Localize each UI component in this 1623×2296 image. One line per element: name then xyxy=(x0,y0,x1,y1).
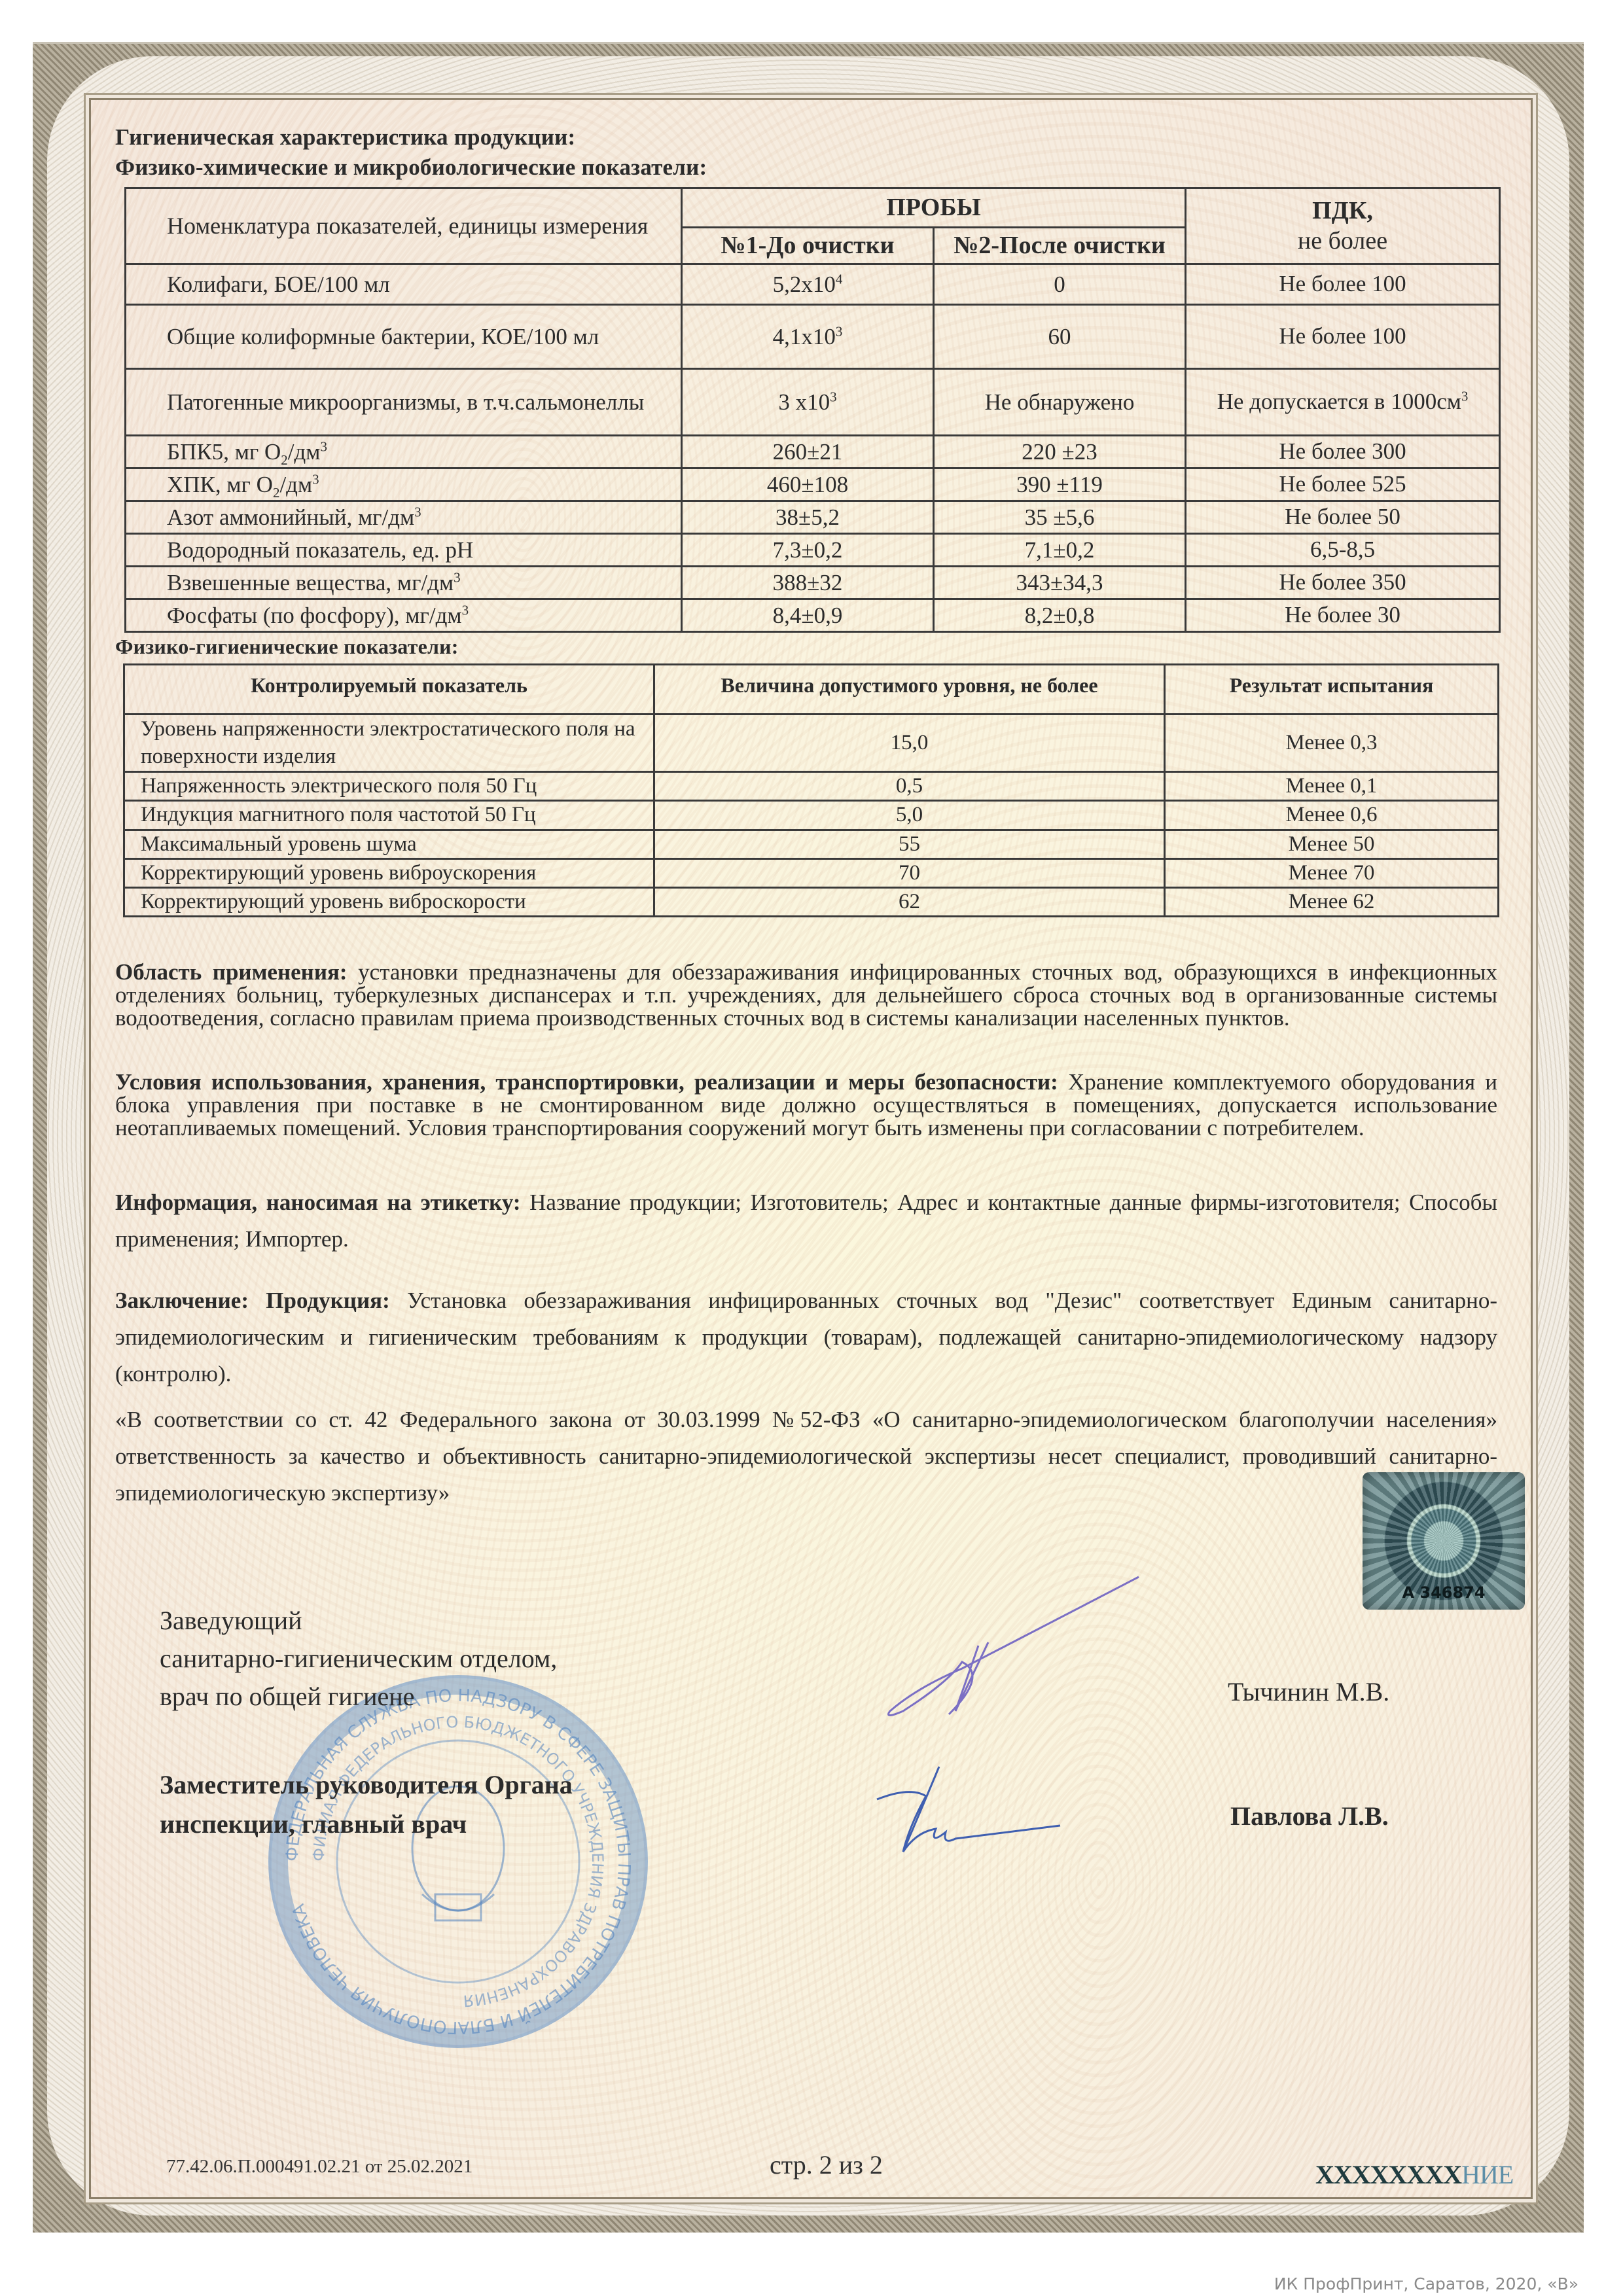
row-name-sup: 3 xyxy=(414,504,421,520)
probe2-value: 343±34,3 xyxy=(1016,570,1103,595)
signatory-1-name: Тычинин М.В. xyxy=(1228,1676,1389,1707)
document-content: Гигиеническая характеристика продукции: … xyxy=(0,0,1623,2296)
cell-probe2: 390 ±119 xyxy=(934,468,1186,501)
indicator-text: Максимальный уровень шума xyxy=(141,832,417,856)
probe1-value: 3 x10 xyxy=(778,389,830,415)
table-row: Корректирующий уровень виброскорости62Ме… xyxy=(124,888,1499,917)
table-row: Корректирующий уровень виброускорения70М… xyxy=(124,858,1499,887)
probe1-value: 38±5,2 xyxy=(776,504,840,530)
row-name: Колифаги, БОЕ/100 мл xyxy=(167,272,390,297)
document-number: 77.42.06.П.000491.02.21 от 25.02.2021 xyxy=(166,2156,473,2178)
row-name-sup: 3 xyxy=(320,438,327,454)
cell-allowed: 55 xyxy=(654,830,1165,858)
conclusion-paragraph: Заключение: Продукция: Установка обеззар… xyxy=(115,1282,1497,1392)
table-row: Взвешенные вещества, мг/дм3388±32343±34,… xyxy=(126,567,1500,599)
official-stamp: ФЕДЕРАЛЬНАЯ СЛУЖБА ПО НАДЗОРУ В СФЕРЕ ЗА… xyxy=(268,1675,648,2048)
probe2-value: 60 xyxy=(1048,324,1071,349)
table-row: Патогенные микроорганизмы, в т.ч.сальмон… xyxy=(126,369,1500,436)
cell-indicator: Корректирующий уровень виброускорения xyxy=(124,858,654,887)
limit-value: Не более 30 xyxy=(1285,602,1400,627)
label-info-paragraph: Информация, наносимая на этикетку: Назва… xyxy=(115,1184,1497,1258)
security-mark-light: НИЕ xyxy=(1461,2160,1513,2189)
hologram-sticker: A 346874 xyxy=(1363,1472,1525,1610)
header-probe1: №1-До очистки xyxy=(682,228,934,264)
result-value: Менее 0,3 xyxy=(1285,731,1377,754)
scope-label: Область применения: xyxy=(115,959,348,985)
cell-probe2: 220 ±23 xyxy=(934,436,1186,468)
cell-allowed: 15,0 xyxy=(654,715,1165,772)
signature-2 xyxy=(864,1760,1099,1858)
allowed-value: 55 xyxy=(899,832,920,856)
signatory-1-role-line: санитарно-гигиеническим отделом, xyxy=(160,1640,557,1678)
cell-indicator: Максимальный уровень шума xyxy=(124,830,654,858)
cell-result: Менее 0,1 xyxy=(1165,772,1499,801)
signatory-2-role-line: инспекции, главный врач xyxy=(160,1805,573,1844)
table-row: Водородный показатель, ед. pH7,3±0,27,1±… xyxy=(126,534,1500,567)
cell-result: Менее 0,3 xyxy=(1165,715,1499,772)
cell-probe2: 8,2±0,8 xyxy=(934,599,1186,632)
signatory-1-role-line: Заведующий xyxy=(160,1602,557,1640)
physico-chemical-table: Номенклатура показателей, единицы измере… xyxy=(124,187,1501,633)
signatory-1-role-line: врач по общей гигиене xyxy=(160,1678,557,1716)
table-row: Фосфаты (по фосфору), мг/дм38,4±0,98,2±0… xyxy=(126,599,1500,632)
indicator-text: Напряженность электрического поля 50 Гц xyxy=(141,774,537,798)
cell-result: Менее 50 xyxy=(1165,830,1499,858)
cell-limit: Не более 525 xyxy=(1186,468,1500,501)
cell-name: Азот аммонийный, мг/дм3 xyxy=(126,501,682,534)
cell-probe2: Не обнаружено xyxy=(934,369,1186,436)
table-row: Азот аммонийный, мг/дм338±5,235 ±5,6Не б… xyxy=(126,501,1500,534)
cell-result: Менее 62 xyxy=(1165,888,1499,917)
probe1-value: 8,4±0,9 xyxy=(773,603,843,628)
header-indicator: Контролируемый показатель xyxy=(124,665,654,715)
legal-note: «В соответствии со ст. 42 Федерального з… xyxy=(115,1402,1497,1511)
signatory-2-role: Заместитель руководителя Органа инспекци… xyxy=(160,1765,573,1844)
table-row: Максимальный уровень шума55Менее 50 xyxy=(124,830,1499,858)
cell-name: Взвешенные вещества, мг/дм3 xyxy=(126,567,682,599)
limit-value: Не более 100 xyxy=(1279,271,1406,296)
header-probe2: №2-После очистки xyxy=(934,228,1186,264)
row-name: Взвешенные вещества, мг/дм xyxy=(167,570,454,595)
indicator-text: Уровень напряженности электростатическог… xyxy=(141,717,635,768)
result-value: Менее 50 xyxy=(1289,832,1375,856)
limit-sup: 3 xyxy=(1461,389,1469,404)
cell-limit: 6,5-8,5 xyxy=(1186,534,1500,567)
probe2-value: 7,1±0,2 xyxy=(1025,537,1095,563)
table-row: Индукция магнитного поля частотой 50 Гц5… xyxy=(124,801,1499,830)
cell-name: Фосфаты (по фосфору), мг/дм3 xyxy=(126,599,682,632)
row-name: ХПК, мг O xyxy=(167,472,273,497)
table-row: ХПК, мг O2/дм3460±108390 ±119Не более 52… xyxy=(126,468,1500,501)
svg-text:ФИЛИАЛ ФЕДЕРАЛЬНОГО БЮДЖЕТНОГО: ФИЛИАЛ ФЕДЕРАЛЬНОГО БЮДЖЕТНОГО УЧРЕЖДЕНИ… xyxy=(310,1713,607,2010)
cell-name: Общие колиформные бактерии, КОЕ/100 мл xyxy=(126,305,682,369)
row-name-sup: 3 xyxy=(462,602,469,618)
header-name: Номенклатура показателей, единицы измере… xyxy=(126,188,682,264)
cell-probe2: 343±34,3 xyxy=(934,567,1186,599)
section-title: Гигиеническая характеристика продукции: xyxy=(115,124,575,150)
cell-probe1: 460±108 xyxy=(682,468,934,501)
probe2-value: Не обнаружено xyxy=(985,389,1135,415)
cell-result: Менее 70 xyxy=(1165,858,1499,887)
result-value: Менее 70 xyxy=(1289,861,1375,885)
header-allowed: Величина допустимого уровня, не более xyxy=(654,665,1165,715)
scope-paragraph: Область применения: установки предназнач… xyxy=(115,961,1497,1029)
probe1-value: 460±108 xyxy=(767,472,848,497)
signatory-1-role: Заведующий санитарно-гигиеническим отдел… xyxy=(160,1602,557,1716)
table2-caption: Физико-гигиенические показатели: xyxy=(115,635,459,659)
security-mark: XXXXXXXXНИЕ xyxy=(1315,2159,1513,2190)
row-name-sub: 2 xyxy=(273,485,280,501)
table-row: БПК5, мг O2/дм3260±21220 ±23Не более 300 xyxy=(126,436,1500,468)
cell-allowed: 62 xyxy=(654,888,1165,917)
conclusion-label: Заключение: Продукция: xyxy=(115,1288,390,1313)
header-probes: ПРОБЫ xyxy=(682,188,1186,228)
indicator-text: Индукция магнитного поля частотой 50 Гц xyxy=(141,803,536,826)
allowed-value: 0,5 xyxy=(896,774,923,798)
row-name: Фосфаты (по фосфору), мг/дм xyxy=(167,603,462,628)
cell-limit: Не более 30 xyxy=(1186,599,1500,632)
cell-name: БПК5, мг O2/дм3 xyxy=(126,436,682,468)
limit-value: Не более 300 xyxy=(1279,438,1406,464)
limit-value: Не более 525 xyxy=(1279,471,1406,497)
allowed-value: 62 xyxy=(899,890,920,913)
cell-limit: Не более 100 xyxy=(1186,264,1500,305)
table-row: Колифаги, БОЕ/100 мл5,2x1040Не более 100 xyxy=(126,264,1500,305)
cell-name: Колифаги, БОЕ/100 мл xyxy=(126,264,682,305)
cell-indicator: Корректирующий уровень виброскорости xyxy=(124,888,654,917)
probe1-value: 7,3±0,2 xyxy=(773,537,843,563)
row-name: Водородный показатель, ед. pH xyxy=(167,537,473,563)
cell-name: Водородный показатель, ед. pH xyxy=(126,534,682,567)
probe1-exp: 3 xyxy=(836,323,843,339)
row-name-sub: 2 xyxy=(281,452,288,468)
signatory-2-name: Павлова Л.В. xyxy=(1230,1801,1389,1831)
result-value: Менее 0,1 xyxy=(1285,774,1377,798)
limit-value: Не более 350 xyxy=(1279,569,1406,595)
table-row: Общие колиформные бактерии, КОЕ/100 мл4,… xyxy=(126,305,1500,369)
row-name-tail: /дм xyxy=(288,439,321,465)
cell-result: Менее 0,6 xyxy=(1165,801,1499,830)
table-row: Уровень напряженности электростатическог… xyxy=(124,715,1499,772)
limit-value: Не допускается в 1000см xyxy=(1217,389,1461,414)
conditions-label: Условия использования, хранения, транспо… xyxy=(115,1069,1058,1095)
cell-probe2: 7,1±0,2 xyxy=(934,534,1186,567)
cell-probe1: 5,2x104 xyxy=(682,264,934,305)
row-name: Азот аммонийный, мг/дм xyxy=(167,504,414,530)
cell-indicator: Уровень напряженности электростатическог… xyxy=(124,715,654,772)
cell-probe1: 4,1x103 xyxy=(682,305,934,369)
limit-value: Не более 50 xyxy=(1285,504,1400,529)
cell-allowed: 5,0 xyxy=(654,801,1165,830)
svg-text:ФЕДЕРАЛЬНАЯ СЛУЖБА ПО НАДЗОРУ: ФЕДЕРАЛЬНАЯ СЛУЖБА ПО НАДЗОРУ В СФЕРЕ ЗА… xyxy=(283,1686,633,2038)
cell-name: ХПК, мг O2/дм3 xyxy=(126,468,682,501)
stamp-outer-text: ФЕДЕРАЛЬНАЯ СЛУЖБА ПО НАДЗОРУ В СФЕРЕ ЗА… xyxy=(283,1686,633,2038)
header-result: Результат испытания xyxy=(1165,665,1499,715)
header-limit-sub: не более xyxy=(1298,227,1387,255)
security-mark-dark: XXXXXXXX xyxy=(1315,2160,1461,2189)
cell-probe1: 3 x103 xyxy=(682,369,934,436)
cell-limit: Не более 50 xyxy=(1186,501,1500,534)
page-indicator: стр. 2 из 2 xyxy=(770,2149,883,2180)
limit-value: Не более 100 xyxy=(1279,323,1406,349)
conditions-paragraph: Условия использования, хранения, транспо… xyxy=(115,1070,1497,1139)
probe2-value: 8,2±0,8 xyxy=(1025,603,1095,628)
result-value: Менее 0,6 xyxy=(1285,803,1377,826)
row-name: Патогенные микроорганизмы, в т.ч.сальмон… xyxy=(167,389,644,415)
cell-limit: Не более 350 xyxy=(1186,567,1500,599)
probe2-value: 220 ±23 xyxy=(1022,439,1097,465)
row-name: БПК5, мг O xyxy=(167,439,281,465)
hologram-serial: A 346874 xyxy=(1363,1583,1525,1602)
cell-probe1: 8,4±0,9 xyxy=(682,599,934,632)
cell-probe2: 0 xyxy=(934,264,1186,305)
table-row: Напряженность электрического поля 50 Гц0… xyxy=(124,772,1499,801)
cell-limit: Не допускается в 1000см3 xyxy=(1186,369,1500,436)
cell-allowed: 0,5 xyxy=(654,772,1165,801)
cell-probe1: 388±32 xyxy=(682,567,934,599)
probe1-value: 260±21 xyxy=(773,439,843,465)
cell-probe1: 7,3±0,2 xyxy=(682,534,934,567)
probe1-exp: 4 xyxy=(836,271,843,287)
header-limit: ПДК, не более xyxy=(1186,188,1500,264)
signatory-2-role-line: Заместитель руководителя Органа xyxy=(160,1765,573,1805)
row-name-sup: 3 xyxy=(454,569,461,585)
probe1-value: 4,1x10 xyxy=(773,324,836,349)
probe2-value: 390 ±119 xyxy=(1016,472,1103,497)
table1-caption: Физико-химические и микробиологические п… xyxy=(115,154,707,181)
probe2-value: 0 xyxy=(1054,272,1065,297)
cell-name: Патогенные микроорганизмы, в т.ч.сальмон… xyxy=(126,369,682,436)
cell-probe2: 60 xyxy=(934,305,1186,369)
cell-allowed: 70 xyxy=(654,858,1165,887)
indicator-text: Корректирующий уровень виброускорения xyxy=(141,861,536,885)
probe1-value: 5,2x10 xyxy=(773,272,836,297)
probe1-value: 388±32 xyxy=(773,570,843,595)
cell-indicator: Напряженность электрического поля 50 Гц xyxy=(124,772,654,801)
probe2-value: 35 ±5,6 xyxy=(1025,504,1095,530)
cell-probe2: 35 ±5,6 xyxy=(934,501,1186,534)
indicator-text: Корректирующий уровень виброскорости xyxy=(141,890,526,913)
cell-limit: Не более 300 xyxy=(1186,436,1500,468)
cell-probe1: 260±21 xyxy=(682,436,934,468)
signature-1 xyxy=(864,1570,1165,1727)
cell-indicator: Индукция магнитного поля частотой 50 Гц xyxy=(124,801,654,830)
allowed-value: 5,0 xyxy=(896,803,923,826)
header-limit-title: ПДК, xyxy=(1312,197,1373,224)
allowed-value: 70 xyxy=(899,861,920,885)
cell-limit: Не более 100 xyxy=(1186,305,1500,369)
limit-value: 6,5-8,5 xyxy=(1310,537,1375,562)
row-name-tail: /дм xyxy=(279,472,312,497)
result-value: Менее 62 xyxy=(1289,890,1375,913)
label-info-label: Информация, наносимая на этикетку: xyxy=(115,1190,521,1215)
physico-hygienic-table: Контролируемый показатель Величина допус… xyxy=(123,663,1499,917)
allowed-value: 15,0 xyxy=(891,731,929,754)
stamp-inner-text: ФИЛИАЛ ФЕДЕРАЛЬНОГО БЮДЖЕТНОГО УЧРЕЖДЕНИ… xyxy=(310,1713,607,2010)
cell-probe1: 38±5,2 xyxy=(682,501,934,534)
probe1-exp: 3 xyxy=(830,389,837,404)
row-name-sup: 3 xyxy=(312,471,319,487)
row-name: Общие колиформные бактерии, КОЕ/100 мл xyxy=(167,324,599,349)
